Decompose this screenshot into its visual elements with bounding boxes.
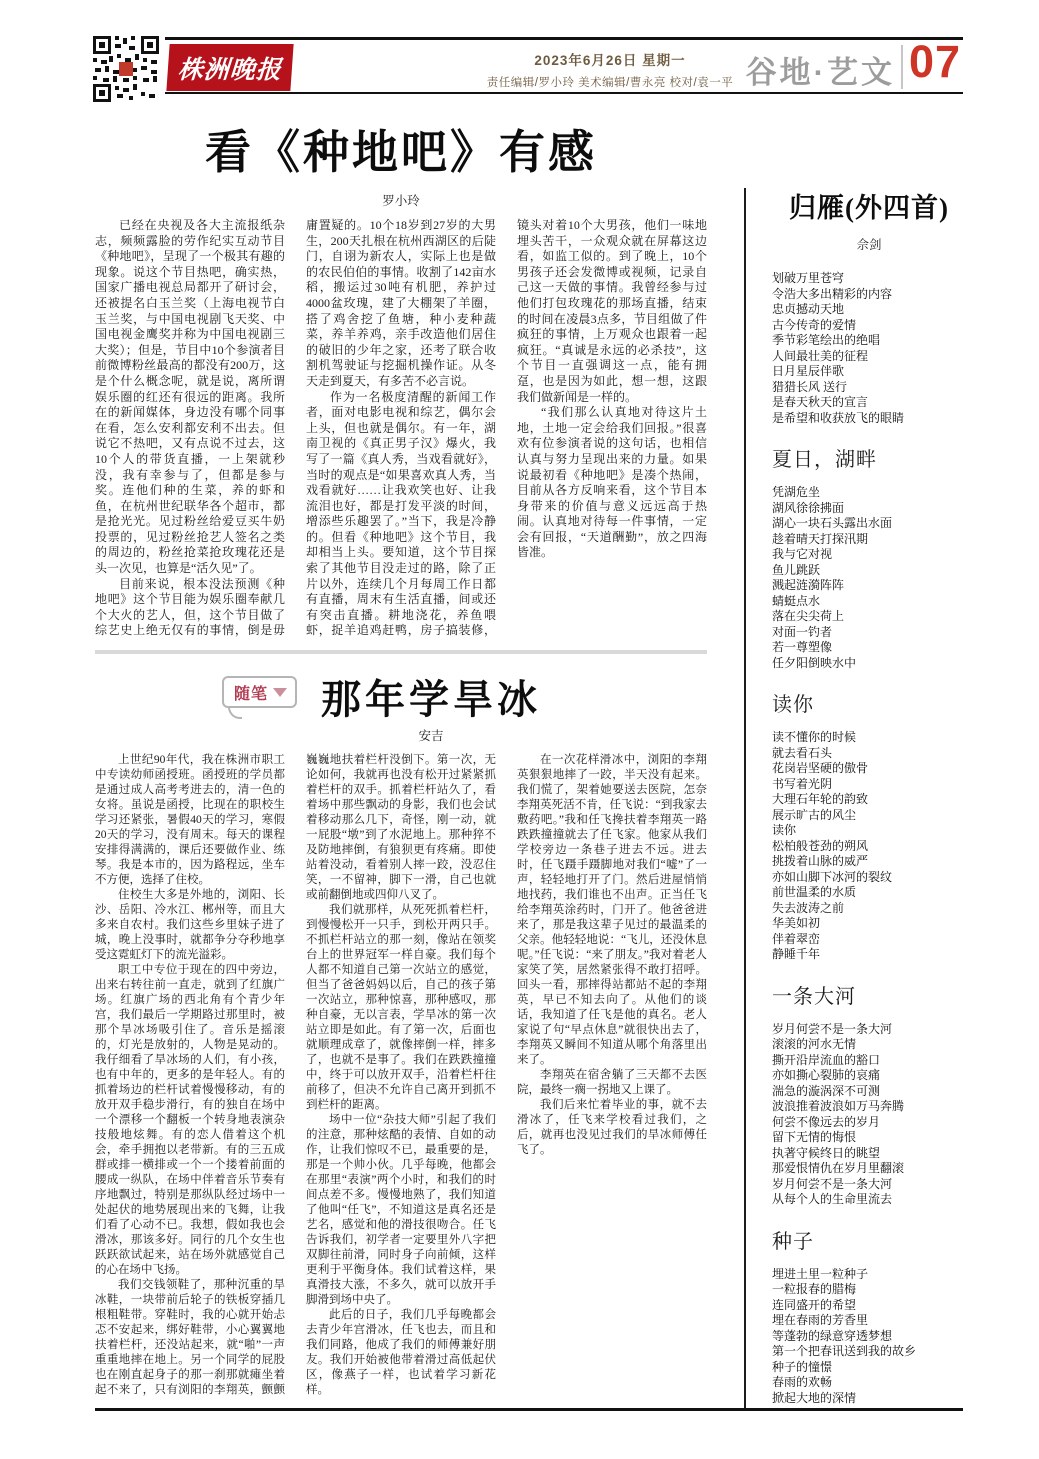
header-bottom-rule — [165, 92, 963, 94]
paragraph: 此后的日子，我们几乎每晚都会去青少年宫滑冰，任飞也去，而且和我们同路，他成了我们… — [306, 1308, 496, 1398]
poem-line: 埋在春雨的芳香里 — [772, 1313, 966, 1329]
poem-line: 静睡千年 — [772, 947, 966, 963]
poem-line: 湍急的漩涡深不可测 — [772, 1084, 966, 1100]
poem-line: 从每个人的生命里流去 — [772, 1192, 966, 1208]
paragraph: 在一次花样滑冰中，浏阳的李翔英狠狠地摔了一跤，半天没有起来。我们慌了，架着她要送… — [517, 753, 707, 1068]
poem-line: 滚滚的河水无情 — [772, 1037, 966, 1053]
poem-line: 展示旷古的风尘 — [772, 808, 966, 824]
article2-body: 上世纪90年代，我在株洲市职工中专读幼师函授班。函授班的学员都是通过成人高考考进… — [95, 753, 707, 1411]
poem-line: 人间最壮美的征程 — [772, 349, 966, 365]
poem-line: 亦如撕心裂肺的哀痛 — [772, 1068, 966, 1084]
masthead-logo: 株洲晚报 — [166, 44, 293, 91]
newspaper-page: { "theme": { "masthead_red": "#b5121b", … — [0, 0, 1039, 1459]
poem-line: 若一尊塑像 — [772, 640, 966, 656]
paragraph: 住校生大多是外地的，浏阳、长沙、岳阳、冷水江、郴州等，而且大多来自农村。我们这些… — [95, 888, 285, 963]
poem-section-heading: 一条大河 — [772, 980, 966, 1009]
publication-date: 2023年6月26日 星期一 — [470, 49, 750, 69]
poem-line: 掀起大地的深情 — [772, 1391, 966, 1407]
poem-line: 岁月何尝不是一条大河 — [772, 1022, 966, 1038]
poem-section-heading: 种子 — [772, 1225, 966, 1254]
poem-line: 亦如山脚下冰河的裂纹 — [772, 870, 966, 886]
poem-line: 大理石年轮的韵致 — [772, 792, 966, 808]
article1-title: 看《种地吧》有感 — [95, 116, 707, 182]
poem-line: 季节彩笔绘出的绝唱 — [772, 333, 966, 349]
poem-line: 读不懂你的时候 — [772, 730, 966, 746]
poem-line: 松柏般苍劲的朔风 — [772, 839, 966, 855]
poem-line: 湖风徐徐拂面 — [772, 501, 966, 517]
poem-line: 蜻蜓点水 — [772, 594, 966, 610]
section-title: 谷地·艺文 — [743, 47, 895, 92]
poems-author: 佘剑 — [772, 235, 966, 253]
poem-line: 是春天秋天的宣言 — [772, 395, 966, 411]
poem-line: 前世温柔的水质 — [772, 885, 966, 901]
qr-code — [93, 36, 159, 102]
poem-line: 凭湖危坐 — [772, 485, 966, 501]
poem-line: 任夕阳倒映水中 — [772, 656, 966, 672]
poem-line: 趁着晴天打探汛期 — [772, 532, 966, 548]
paragraph: 我们就那样，从死死抓着栏杆，到慢慢松开一只手，到松开两只手。不抓栏杆站立的那一刻… — [306, 903, 496, 1113]
article1-body: 已经在央视及各大主流报纸杂志，频频露脸的劳作纪实互动节目《种地吧》，呈现了一个极… — [95, 218, 707, 648]
poem-line: 湖心一块石头露出水面 — [772, 516, 966, 532]
poem-line: 挑拨着山脉的威严 — [772, 854, 966, 870]
column-divider-rule — [744, 188, 746, 1408]
poem-line: 埋进土里一粒种子 — [772, 1267, 966, 1283]
paragraph: 李翔英在宿舍躺了三天都不去医院，最终一瘸一拐地又上课了。 — [517, 1068, 707, 1098]
poem-line: 留下无情的悔恨 — [772, 1130, 966, 1146]
editors-credit: 责任编辑/罗小玲 美术编辑/曹永亮 校对/袁一平 — [470, 74, 750, 90]
poem-line: 划破万里苍穹 — [772, 271, 966, 287]
page-bottom-rule — [95, 1408, 963, 1411]
article2-author: 安吉 — [155, 726, 707, 744]
poem-line: 忠贞撼动天地 — [772, 302, 966, 318]
qr-code-graphic — [93, 36, 159, 102]
poem-line: 何尝不像远去的岁月 — [772, 1115, 966, 1131]
poem-line: 第一个把春讯送到我的故乡 — [772, 1344, 966, 1360]
article-separator-rule — [95, 650, 707, 654]
paragraph: “我们那么认真地对待这片土地，土地一定会给我们回报。”很喜欢有位参演者说的这句话… — [517, 405, 707, 561]
poem-line: 岁月何尝不是一条大河 — [772, 1177, 966, 1193]
poem-line: 种子的憧憬 — [772, 1360, 966, 1376]
poem-line: 那爱恨情仇在岁月里翻滚 — [772, 1161, 966, 1177]
poem-line: 书写着光阴 — [772, 777, 966, 793]
poem-line: 连同盛开的希望 — [772, 1298, 966, 1314]
header-date-block: 2023年6月26日 星期一 责任编辑/罗小玲 美术编辑/曹永亮 校对/袁一平 — [470, 49, 750, 90]
poem-line: 等蓬勃的绿意穿透梦想 — [772, 1329, 966, 1345]
page-number-divider — [901, 45, 903, 89]
poem-line: 伴着翠峦 — [772, 932, 966, 948]
poem-line: 就去看石头 — [772, 746, 966, 762]
poem-section-heading: 夏日，湖畔 — [772, 443, 966, 472]
poem-line: 是希望和收获放飞的眼睛 — [772, 411, 966, 427]
masthead-title: 株洲晚报 — [177, 50, 284, 86]
poem-line: 古今传奇的爱情 — [772, 318, 966, 334]
poem-section-heading: 读你 — [772, 688, 966, 717]
poem-line: 读你 — [772, 823, 966, 839]
article2-title: 那年学旱冰 — [155, 668, 707, 725]
poem-line: 令浩大多出精彩的内容 — [772, 287, 966, 303]
poems-body: 划破万里苍穹令浩大多出精彩的内容忠贞撼动天地古今传奇的爱情季节彩笔绘出的绝唱人间… — [772, 271, 966, 1406]
poem-line: 日月星辰伴歌 — [772, 364, 966, 380]
poems-title: 归雁(外四首) — [772, 186, 966, 225]
poem-line: 撕开沿岸流血的豁口 — [772, 1053, 966, 1069]
poem-line: 猎猎长风 送行 — [772, 380, 966, 396]
paragraph: 职工中专位于现在的四中旁边，出来右转往前一直走，就到了红旗广场。红旗广场的西北角… — [95, 963, 285, 1278]
paragraph: 上世纪90年代，我在株洲市职工中专读幼师函授班。函授班的学员都是通过成人高考考进… — [95, 753, 285, 888]
paragraph: 已经在央视及各大主流报纸杂志，频频露脸的劳作纪实互动节目《种地吧》，呈现了一个极… — [95, 218, 285, 577]
poem-line: 花岗岩坚硬的傲骨 — [772, 761, 966, 777]
poem-line: 执著守候终日的眺望 — [772, 1146, 966, 1162]
poem-line: 春雨的欢畅 — [772, 1375, 966, 1391]
poem-line: 落在尖尖荷上 — [772, 609, 966, 625]
paragraph: 场中一位“杂技大师”引起了我们的注意，那种炫酷的表情、自如的动作，让我们惊叹不已… — [306, 1113, 496, 1308]
poem-line: 我与它对视 — [772, 547, 966, 563]
poem-line: 华美如初 — [772, 916, 966, 932]
header-top-rule — [165, 37, 963, 40]
page-number: 07 — [909, 36, 961, 88]
poem-line: 溅起涟漪阵阵 — [772, 578, 966, 594]
poems-column: 归雁(外四首) 佘剑 划破万里苍穹令浩大多出精彩的内容忠贞撼动天地古今传奇的爱情… — [772, 186, 966, 1406]
paragraph: 我们后来忙着毕业的事，就不去滑冰了，任飞来学校看过我们，之后，就再也没见过我们的… — [517, 1098, 707, 1158]
poem-line: 鱼儿跳跃 — [772, 563, 966, 579]
article1-author: 罗小玲 — [95, 191, 707, 209]
poem-line: 失去波涛之前 — [772, 901, 966, 917]
poem-line: 一粒报春的腊梅 — [772, 1282, 966, 1298]
poem-line: 波浪推着波浪如万马奔腾 — [772, 1099, 966, 1115]
poem-line: 对面一钓者 — [772, 625, 966, 641]
